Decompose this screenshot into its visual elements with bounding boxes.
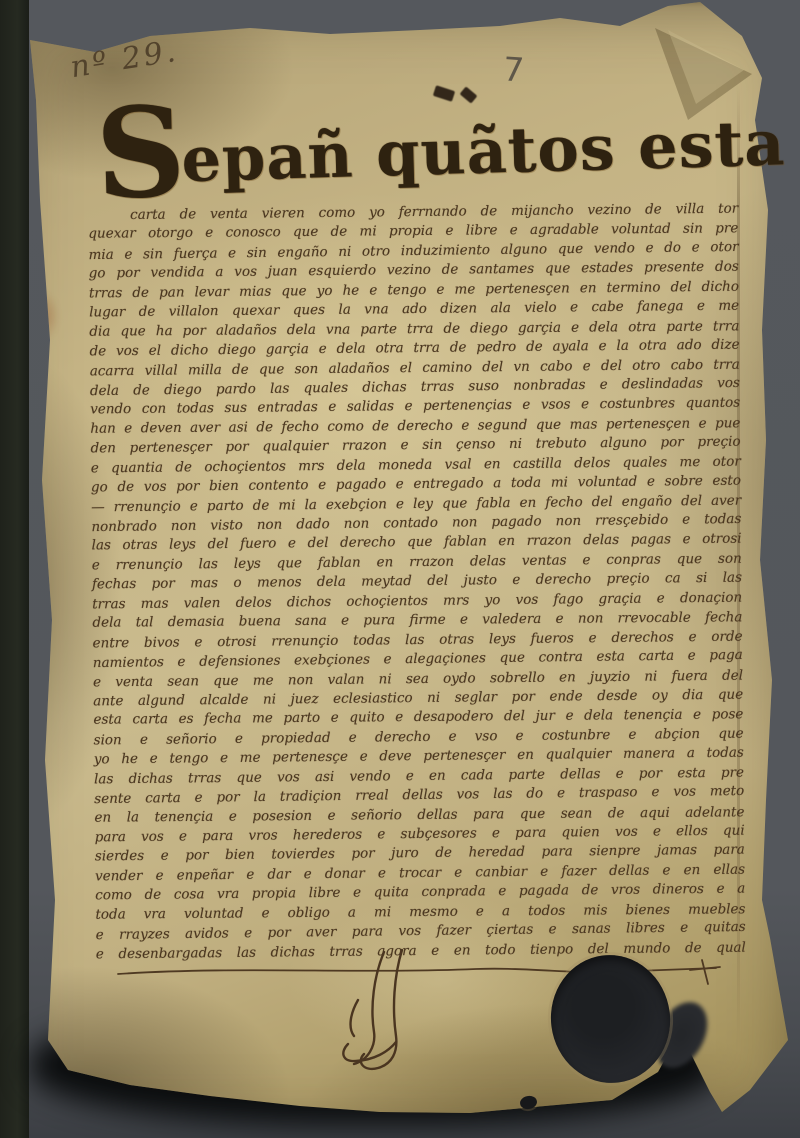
heading-text: epañ quãtos esta	[181, 106, 787, 196]
notarial-rubric	[330, 948, 442, 1074]
pencil-folio-number: 7	[502, 49, 526, 89]
left-mat-strip	[0, 0, 29, 1138]
manuscript-text-block: carta de venta vieren como yo ferrnando …	[88, 200, 746, 965]
manuscript-scan: nº 29. 7 Sepañ quãtos esta carta de vent…	[0, 0, 800, 1138]
rust-stain	[26, 290, 60, 342]
